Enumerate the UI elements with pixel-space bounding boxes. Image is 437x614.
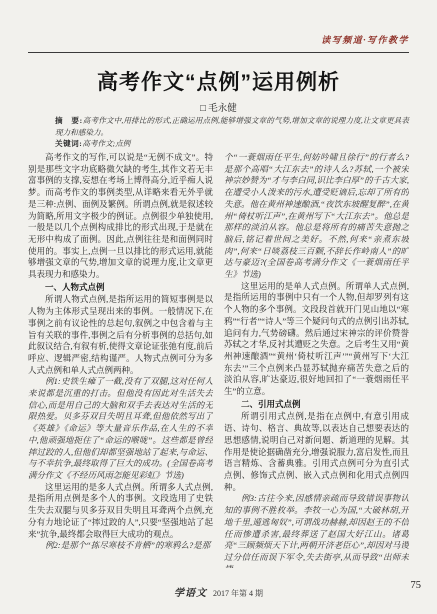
abstract-text: 高考作文中,用排比的形式,正确运用点例,能够增强文章的气势,增加文章的说理力度,… bbox=[55, 116, 409, 137]
channel-header: 读写频道·写作教学 bbox=[321, 33, 409, 46]
author-name: 毛永健 bbox=[208, 104, 237, 114]
channel-header-label: 读写频道·写作教学 bbox=[321, 35, 409, 45]
issue-label: 2017 年第 4 期 bbox=[213, 589, 263, 598]
paragraph: 这里运用的是多人式点例。所谓多人式点例,是指所用点例是多个人的事例。文段选用了史… bbox=[28, 482, 213, 541]
article-title: 高考作文“点例”运用例析 bbox=[0, 66, 437, 96]
left-column: 高考作文的写作,可以说是“无例不成文”。特别是那些文字功底略微欠缺的考生,其作文… bbox=[28, 152, 213, 568]
footer-issue-line: 学语文 2017 年第 4 期 bbox=[0, 584, 437, 599]
section-heading-2: 二、引用式点例 bbox=[224, 399, 409, 411]
paragraph: 高考作文的写作,可以说是“无例不成文”。特别是那些文字功底略微欠缺的考生,其作文… bbox=[28, 152, 213, 281]
author-marker: □ bbox=[200, 104, 206, 114]
keywords-line: 关键词:高考作文;点例 bbox=[55, 138, 409, 150]
example-paragraph-3: 例3:古往今来,因感情亲疏而导致错误事物认知的事例不胜枚举。李牧一心为国,“大破… bbox=[224, 493, 409, 568]
journal-name: 学语文 bbox=[174, 588, 207, 599]
journal-page: 读写频道·写作教学 高考作文“点例”运用例析 □ 毛永健 摘 要:高考作文中,用… bbox=[0, 0, 437, 614]
author-line: □ 毛永健 bbox=[0, 100, 437, 114]
example-paragraph-2: 例2:是那个“拣尽寒枝不肯栖”的寒鸦么?是那 bbox=[28, 540, 213, 552]
header-divider bbox=[28, 52, 409, 53]
article-body: 高考作文的写作,可以说是“无例不成文”。特别是那些文字功底略微欠缺的考生,其作文… bbox=[28, 152, 409, 568]
abstract-line: 摘 要:高考作文中,用排比的形式,正确运用点例,能够增强文章的气势,增加文章的说… bbox=[55, 115, 409, 138]
section-heading-1: 一、人物式点例 bbox=[28, 282, 213, 294]
paragraph: 所谓引用式点例,是指在点例中,有意引用成语、诗句、格言、典故等,以表达自己想要表… bbox=[224, 411, 409, 493]
right-column: 个“一蓑烟雨任平生,何妨吟啸且徐行”的行者么?是那个高唱“大江东去”的诗人么?苏… bbox=[224, 152, 409, 568]
abstract-block: 摘 要:高考作文中,用排比的形式,正确运用点例,能够增强文章的气势,增加文章的说… bbox=[55, 115, 409, 150]
page-number: 75 bbox=[411, 580, 422, 591]
paragraph: 所谓人物式点例,是指所运用的简短事例是以人物为主体形式呈现出来的事例。一般情况下… bbox=[28, 294, 213, 376]
keywords-label: 关键词: bbox=[55, 139, 82, 148]
abstract-label: 摘 要: bbox=[55, 116, 83, 125]
example-paragraph-1: 例1:史铁生瘫了一截,没有了双腿,这对任何人来说都是沉重的打击。但他没有因此对生… bbox=[28, 376, 213, 481]
keywords-text: 高考作文;点例 bbox=[82, 139, 130, 148]
page-footer: 学语文 2017 年第 4 期 75 bbox=[0, 584, 437, 598]
paragraph: 这里运用的是单人式点例。所谓单人式点例,是指所运用的事例中只有一个人物,但却罗列… bbox=[224, 281, 409, 398]
example-paragraph-2-continued: 个“一蓑烟雨任平生,何妨吟啸且徐行”的行者么?是那个高唱“大江东去”的诗人么?苏… bbox=[224, 152, 409, 281]
